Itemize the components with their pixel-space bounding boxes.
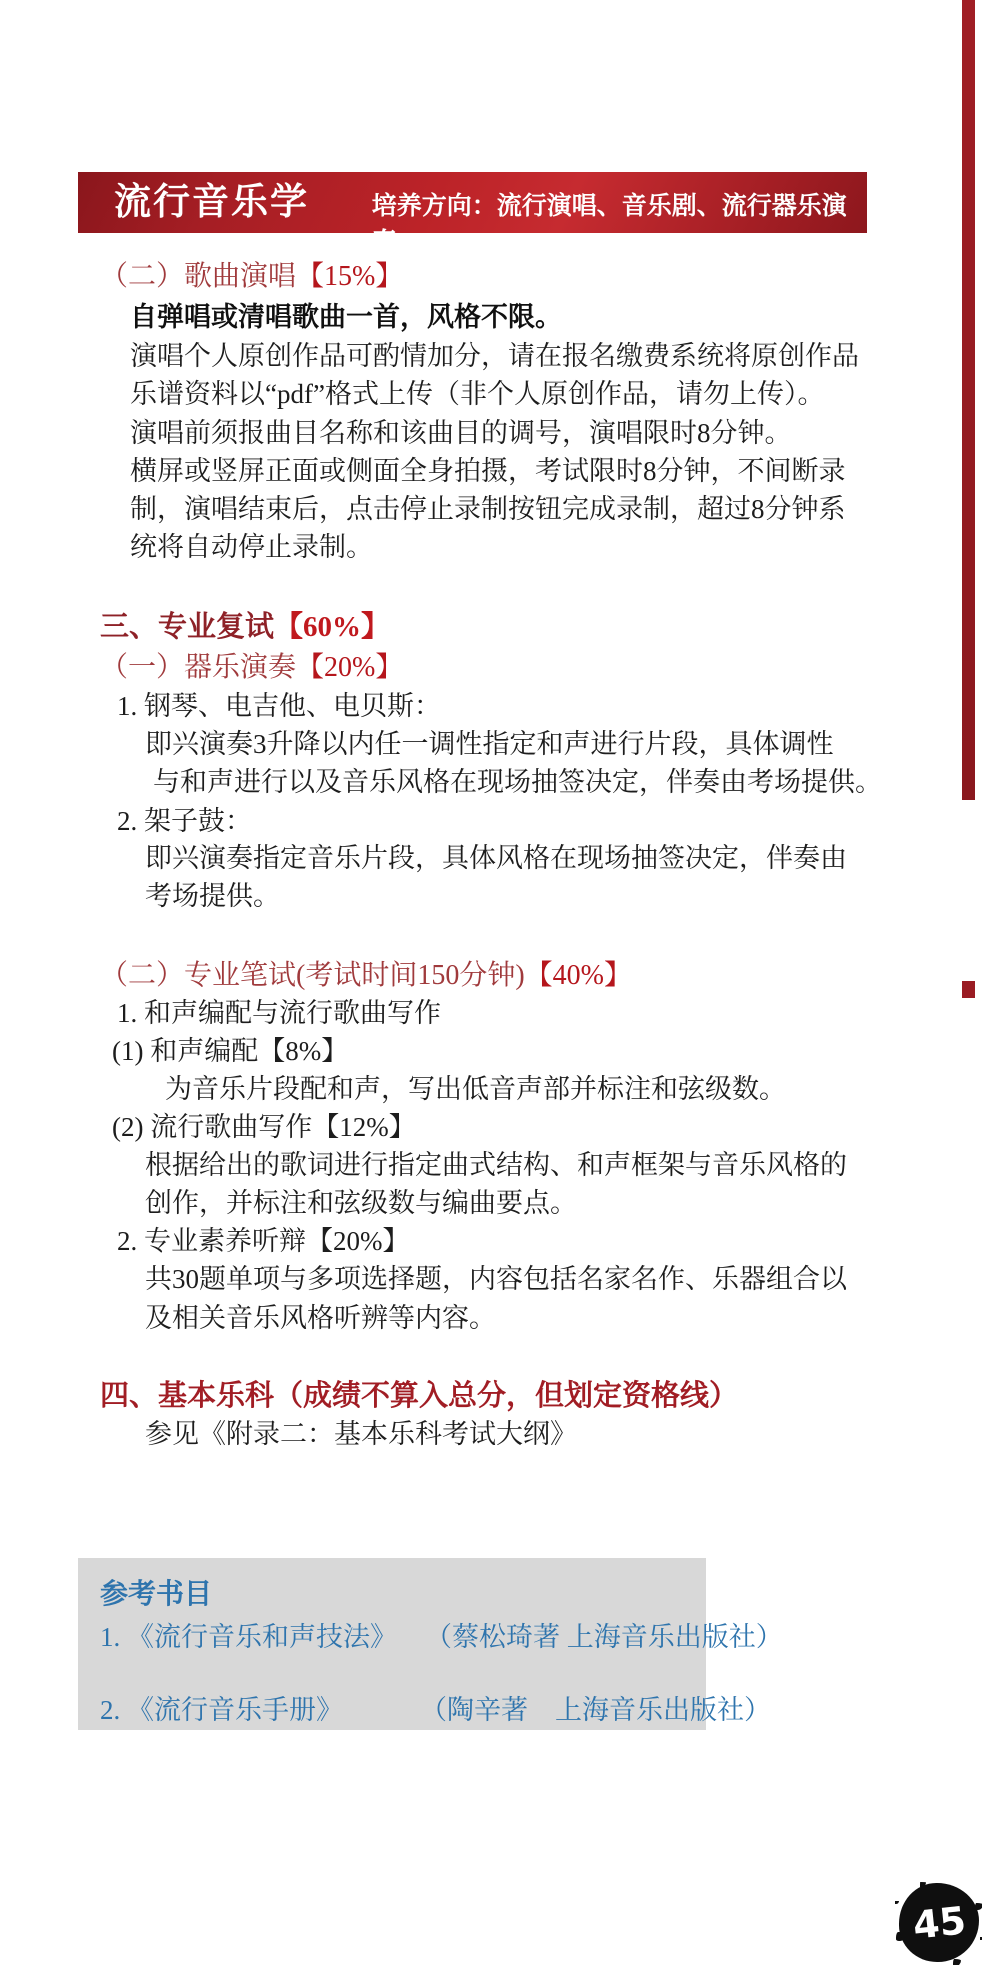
paragraph-line: 创作，并标注和弦级数与编曲要点。 [145,1181,577,1220]
book-title: 2. 《流行音乐手册》 [100,1688,343,1727]
heading-weight: 【20%】 [296,652,403,683]
page-number-badge: 45 [899,1883,979,1962]
college-training-directions: 培养方向：流行演唱、音乐剧、流行器乐演奏 [372,186,867,258]
list-item: 2. 架子鼓： [117,799,252,838]
heading-label: （一）器乐演奏 [100,652,296,683]
reference-books-box: 参考书目 1. 《流行音乐和声技法》 （蔡松琦著 上海音乐出版社） 2. 《流行… [78,1558,706,1730]
paragraph-line: 与和声进行以及音乐风格在现场抽签决定，伴奏由考场提供。 [153,760,882,799]
paragraph-line: 为音乐片段配和声，写出低音声部并标注和弦级数。 [165,1067,786,1106]
paragraph-line: 参见《附录二：基本乐科考试大纲》 [145,1412,577,1451]
paragraph-line: 乐谱资料以“pdf”格式上传（非个人原创作品，请勿上传）。 [130,372,824,411]
paragraph-line: 考场提供。 [145,874,280,913]
section-heading-professional-retest: 三、专业复试【60%】 [100,604,390,645]
heading-weight: 【15%】 [296,261,403,292]
heading-weight: 【40%】 [525,960,632,991]
paragraph-line: 根据给出的歌词进行指定曲式结构、和声框架与音乐风格的 [145,1143,847,1182]
section-heading-basic-music-theory: 四、基本乐科（成绩不算入总分，但划定资格线） [100,1373,738,1414]
right-edge-stripe [962,0,975,800]
page-number: 45 [910,1898,967,1947]
section-heading-song-singing: （二）歌曲演唱【15%】 [100,254,403,294]
paragraph-line: 即兴演奏指定音乐片段，具体风格在现场抽签决定，伴奏由 [145,836,847,875]
song-requirement-bold-line: 自弹唱或清唱歌曲一首，风格不限。 [130,295,562,334]
list-item: (1) 和声编配【8%】 [112,1029,348,1068]
list-item: 1. 和声编配与流行歌曲写作 [117,991,441,1030]
paragraph-line: 即兴演奏3升降以内任一调性指定和声进行片段，具体调性 [145,722,834,761]
book-publisher: （陶辛著 上海音乐出版社） [420,1688,771,1727]
paragraph-line: 及相关音乐风格听辨等内容。 [145,1296,496,1335]
paragraph-line: 演唱前须报曲目名称和该曲目的调号，演唱限时8分钟。 [130,411,792,450]
heading-label: 三、专业复试 [100,611,274,643]
section-heading-written-exam: （二）专业笔试(考试时间150分钟)【40%】 [100,953,632,993]
list-item: 2. 专业素养听辩【20%】 [117,1219,410,1258]
list-item: (2) 流行歌曲写作【12%】 [112,1105,416,1144]
college-banner: 流行音乐学院 培养方向：流行演唱、音乐剧、流行器乐演奏 [78,172,867,233]
list-item: 1. 钢琴、电吉他、电贝斯： [117,684,441,723]
paragraph-line: 共30题单项与多项选择题，内容包括名家名作、乐器组合以 [145,1257,847,1296]
right-edge-accent-mark [962,981,975,998]
brochure-page: 流行音乐学院 培养方向：流行演唱、音乐剧、流行器乐演奏 （二）歌曲演唱【15%】… [0,0,982,1965]
paragraph-line: 演唱个人原创作品可酌情加分，请在报名缴费系统将原创作品 [130,334,859,373]
section-heading-instrument-performance: （一）器乐演奏【20%】 [100,645,403,685]
heading-weight: 【60%】 [274,611,390,643]
reference-books-title: 参考书目 [100,1572,212,1612]
book-publisher: （蔡松琦著 上海音乐出版社） [425,1615,783,1654]
paragraph-line: 横屏或竖屏正面或侧面全身拍摄，考试限时8分钟，不间断录 [130,449,846,488]
book-title: 1. 《流行音乐和声技法》 [100,1615,397,1654]
heading-label: （二）专业笔试(考试时间150分钟) [100,960,525,991]
paragraph-line: 统将自动停止录制。 [130,525,373,564]
heading-label: （二）歌曲演唱 [100,261,296,292]
paragraph-line: 制，演唱结束后，点击停止录制按钮完成录制，超过8分钟系 [130,487,846,526]
